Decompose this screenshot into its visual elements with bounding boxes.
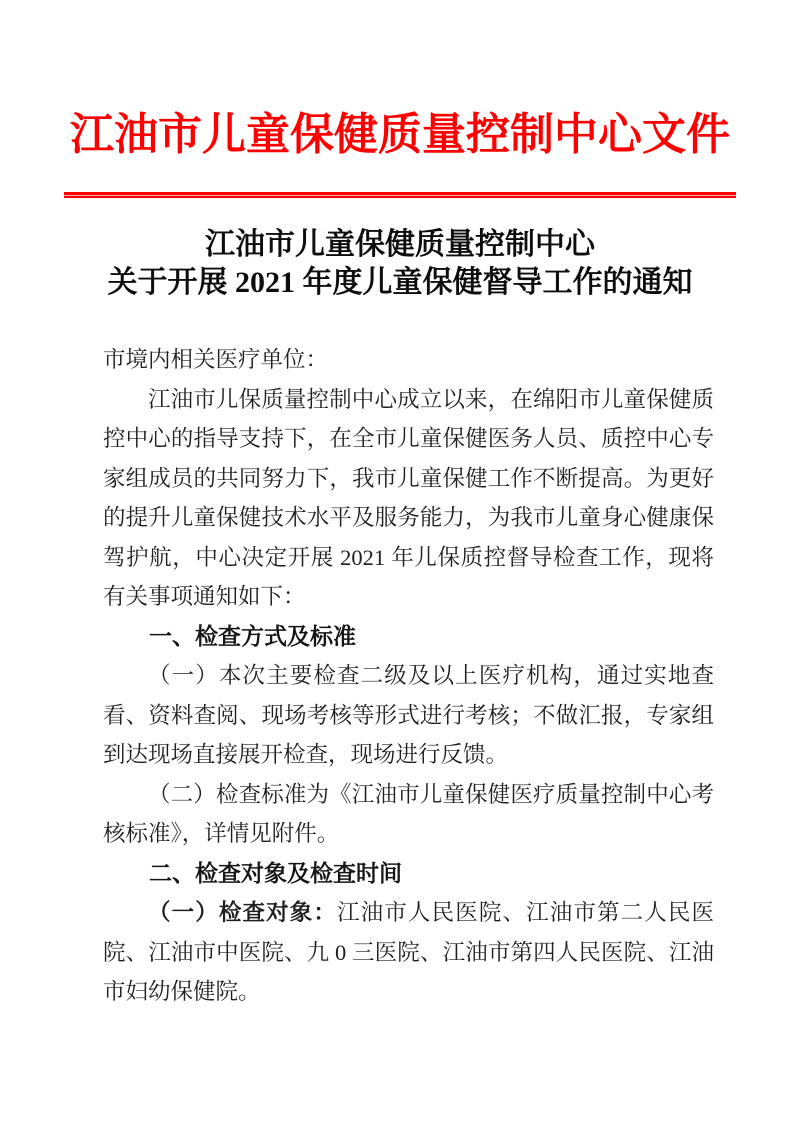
document-page: 江油市儿童保健质量控制中心文件 江油市儿童保健质量控制中心 关于开展 2021 … (0, 0, 800, 1131)
document-body: 市境内相关医疗单位： 江油市儿保质量控制中心成立以来，在绵阳市儿童保健质控中心的… (0, 340, 800, 1012)
section-1-item-1: （一）本次主要检查二级及以上医疗机构，通过实地查看、资料查阅、现场考核等形式进行… (103, 656, 714, 775)
masthead-title: 江油市儿童保健质量控制中心文件 (58, 110, 742, 160)
document-title-line2: 关于开展 2021 年度儿童保健督导工作的通知 (0, 264, 800, 302)
section-1-heading: 一、检查方式及标准 (103, 617, 714, 657)
section-2-heading: 二、检查对象及检查时间 (103, 854, 714, 894)
section-1-item-2: （二）检查标准为《江油市儿童保健医疗质量控制中心考核标准》，详情见附件。 (103, 775, 714, 854)
red-divider-bottom-line (64, 196, 736, 198)
salutation: 市境内相关医疗单位： (103, 340, 714, 380)
intro-paragraph: 江油市儿保质量控制中心成立以来，在绵阳市儿童保健质控中心的指导支持下，在全市儿童… (103, 380, 714, 617)
inspection-targets-label: （一）检查对象： (148, 900, 337, 925)
document-title: 江油市儿童保健质量控制中心 关于开展 2021 年度儿童保健督导工作的通知 (0, 226, 800, 302)
document-title-line1: 江油市儿童保健质量控制中心 (0, 226, 800, 264)
section-2-item-1: （一）检查对象：江油市人民医院、江油市第二人民医院、江油市中医院、九 0 三医院… (103, 893, 714, 1012)
red-divider-line (64, 192, 736, 198)
